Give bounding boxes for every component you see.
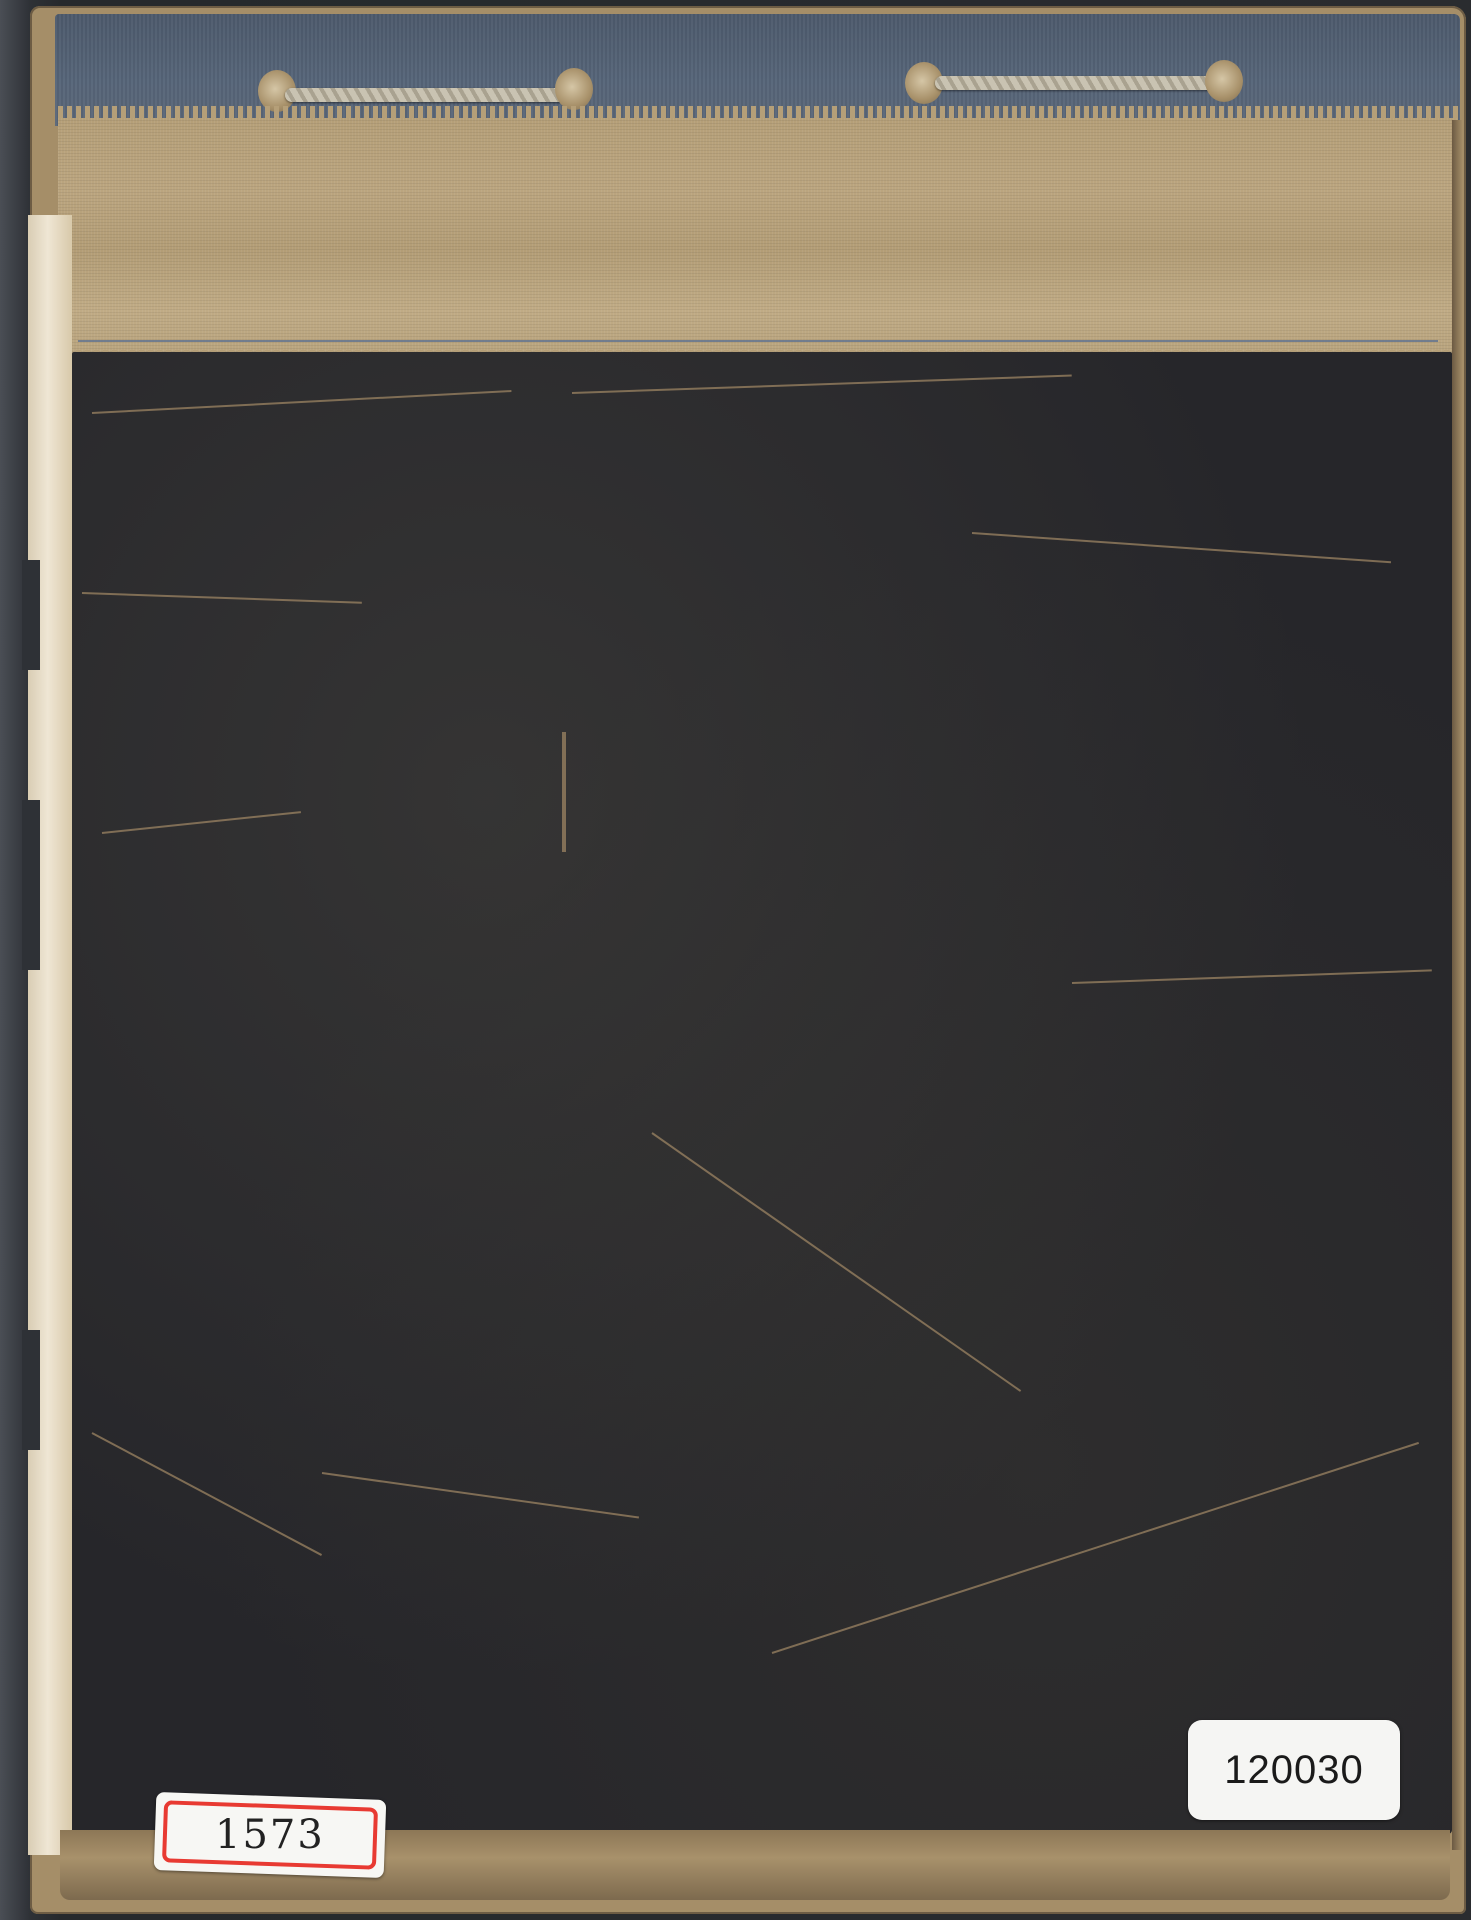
spine-tear [22, 560, 40, 670]
printed-number: 120030 [1224, 1748, 1363, 1793]
wear-crack [92, 1432, 323, 1556]
wear-crack [102, 811, 301, 834]
binding-knot [1205, 60, 1243, 102]
spine-tear [22, 800, 40, 970]
binding-knot [555, 68, 593, 110]
binding-cord [285, 88, 575, 102]
red-label-frame: 1573 [162, 1800, 378, 1869]
cover-board [72, 352, 1452, 1834]
blue-thread-line [78, 340, 1438, 342]
spine-tear [22, 1330, 40, 1450]
wear-crack [651, 1132, 1021, 1392]
handwritten-catalog-label: 1573 [154, 1792, 387, 1878]
wear-crack [1072, 969, 1432, 984]
wear-crack [972, 532, 1391, 563]
wear-crack [92, 390, 512, 414]
wear-crack [562, 732, 566, 852]
page-edge-right [1452, 120, 1462, 1850]
cloth-spine-band [58, 118, 1458, 358]
handwritten-number: 1573 [215, 1812, 325, 1858]
printed-catalog-label: 120030 [1188, 1720, 1400, 1820]
wear-crack [322, 1472, 639, 1519]
wear-crack [772, 1442, 1419, 1654]
wear-crack [572, 375, 1072, 394]
spine-paper-strip [28, 215, 72, 1855]
wear-crack [82, 592, 362, 604]
binding-cord [935, 76, 1225, 90]
